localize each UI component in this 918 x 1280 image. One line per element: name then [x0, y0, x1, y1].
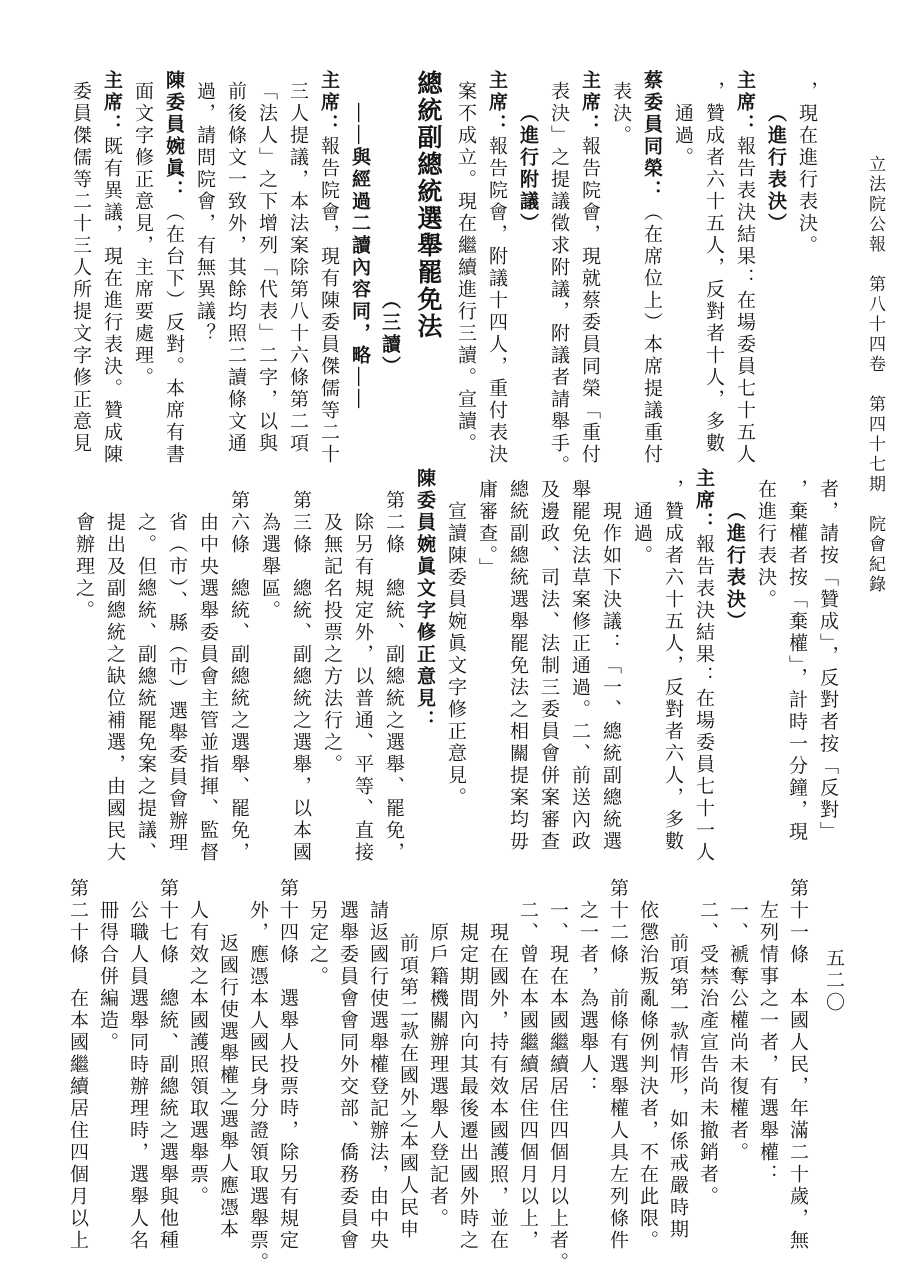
column-text: 表決。: [610, 81, 631, 147]
text-column: 委員傑儒等二十三人所提文字修正意見: [65, 70, 96, 472]
text-column: 主席：既有異議，現在進行表決。贊成陳: [96, 70, 127, 472]
column-text: 三人提議，本法案除第八十六條第二項: [287, 81, 308, 455]
column-text: 二、受禁治產宣告尚未撤銷者。: [697, 900, 718, 1208]
text-column: 通過。: [667, 70, 698, 472]
column-text: ，贊成者六十五人，反對者十人，多數: [703, 81, 724, 455]
text-column: 第二十條 在本國繼續居住四個月以上: [62, 878, 92, 1280]
speaker-name: 主席：: [579, 70, 600, 136]
text-column: 總統副總統選舉罷免法之相關提案均毋: [502, 468, 533, 872]
text-column: 第三條 總統、副總統之選舉，以本國: [285, 468, 316, 872]
column-text: 規定期間內向其最後遷出國外時之: [457, 922, 478, 1252]
text-column: 第六條 總統、副總統之選舉、罷免，: [223, 468, 254, 872]
column-text: 現作如下決議：「一、總統副總統選: [600, 501, 621, 853]
text-column: 外，應憑本人國民身分證領取選舉票。: [242, 878, 272, 1280]
column-text: （進行附議）: [517, 103, 538, 235]
text-column: ，贊成者六十五人，反對者十人，多數: [698, 70, 729, 472]
column-text: 報告表決結果：在場委員七十一人: [693, 534, 714, 864]
text-column: ，棄權者按「棄權」，計時一分鐘，現: [781, 468, 812, 872]
column-text: 左列情事之一者，有選舉權：: [757, 900, 778, 1186]
column-text: 者，請按「贊成」，反對者按「反對」: [817, 479, 838, 844]
column-text: 第十二條 前條有選舉權人具左列條件: [607, 878, 628, 1252]
text-column: 主席：報告院會，現有陳委員傑儒等二十: [313, 70, 344, 472]
column-text: 公職人員選舉同時辦理時，選舉人名: [127, 900, 148, 1252]
column-text: 既有異議，現在進行表決。贊成陳: [101, 136, 122, 466]
column-text: 省（市）、縣（市）選舉委員會辦理: [166, 512, 187, 855]
column-text: 冊得合併編造。: [97, 900, 118, 1054]
text-column: 總統副總統選舉罷免法: [404, 70, 450, 472]
column-text: 第二十條 在本國繼續居住四個月以上: [67, 878, 88, 1252]
column-text: 一、現在本國繼續居住四個月以上者。: [547, 900, 568, 1274]
text-band-middle: 者，請按「贊成」，反對者按「反對」，棄權者按「棄權」，計時一分鐘，現在進行表決。…: [68, 468, 843, 872]
text-column: 由中央選舉委員會主管並指揮、監督: [192, 468, 223, 872]
text-column: 陳委員婉眞文字修正意見：: [409, 468, 440, 872]
text-band-bottom: 第十一條 本國人民，年滿二十歲，無左列情事之一者，有選舉權：一、褫奪公權尚未復權…: [62, 878, 812, 1280]
speaker-name: 主席：: [318, 70, 339, 136]
column-text: 一、褫奪公權尚未復權者。: [727, 900, 748, 1164]
text-column: 第十四條 選舉人投票時，除另有規定: [272, 878, 302, 1280]
text-column: 過，請問院會，有無異議？: [189, 70, 220, 472]
text-band-top: ，現在進行表決。（進行表決）主席：報告表決結果：在場委員七十五人，贊成者六十五人…: [65, 70, 822, 472]
text-column: 及無記名投票之方法行之。: [316, 468, 347, 872]
text-column: （進行附議）: [512, 70, 543, 472]
column-text: 前項第二款在國外之本國人民申: [397, 933, 418, 1241]
text-column: 原戶籍機關辦理選舉人登記者。: [422, 878, 452, 1280]
text-column: （三讀）: [374, 70, 404, 472]
column-text: 報告院會，現有陳委員傑儒等二十: [318, 136, 339, 466]
column-text: ，現在進行表決。: [796, 81, 817, 257]
text-column: 陳委員婉眞：（在台下）反對。本席有書: [158, 70, 189, 472]
column-text: ，贊成者六十五人，反對者六人，多數: [662, 479, 683, 853]
text-column: 公職人員選舉同時辦理時，選舉人名: [122, 878, 152, 1280]
column-text: 為選舉區。: [259, 512, 280, 622]
column-text: （三讀）: [379, 290, 400, 378]
speaker-name: 主席：: [486, 70, 507, 136]
text-column: 二、曾在本國繼續居住四個月以上，: [512, 878, 542, 1280]
text-column: 人有效之本國護照領取選舉票。: [182, 878, 212, 1280]
column-text: 委員傑儒等二十三人所提文字修正意見: [70, 81, 91, 455]
text-column: 請返國行使選舉權登記辦法，由中央: [362, 878, 392, 1280]
text-column: 左列情事之一者，有選舉權：: [752, 878, 782, 1280]
column-text: 人有效之本國護照領取選舉票。: [187, 900, 208, 1208]
text-column: 選舉委員會會同外交部、僑務委員會: [332, 878, 362, 1280]
speaker-name: 主席：: [693, 468, 714, 534]
text-column: 三人提議，本法案除第八十六條第二項: [282, 70, 313, 472]
column-text: ——與經過二讀內容同，略——: [349, 103, 370, 411]
text-column: 冊得合併編造。: [92, 878, 122, 1280]
gazette-page: 立法院公報 第八十四卷 第四十七期 院會紀錄 五二〇 ，現在進行表決。（進行表決…: [0, 0, 918, 1280]
column-text: （在席位上）本席提議重付: [641, 202, 662, 466]
text-column: 面文字修正意見，主席要處理。: [127, 70, 158, 472]
column-text: 請返國行使選舉權登記辦法，由中央: [367, 900, 388, 1252]
text-column: 一、褫奪公權尚未復權者。: [722, 878, 752, 1280]
running-header: 立法院公報 第八十四卷 第四十七期 院會紀錄: [863, 155, 888, 595]
text-column: 在進行表決。: [750, 468, 781, 872]
column-text: 另定之。: [307, 900, 328, 988]
text-column: 規定期間內向其最後遷出國外時之: [452, 878, 482, 1280]
column-text: 外，應憑本人國民身分證領取選舉票。: [247, 900, 268, 1274]
column-text: （進行表決）: [724, 501, 745, 633]
column-text: 選舉委員會會同外交部、僑務委員會: [337, 900, 358, 1252]
speaker-name: 蔡委員同榮：: [641, 70, 662, 202]
column-text: 提出及副總統之缺位補選，由國民大: [104, 512, 125, 864]
text-column: 宣讀陳委員婉眞文字修正意見。: [440, 468, 471, 872]
column-text: 過，請問院會，有無異議？: [194, 81, 215, 345]
text-column: ——與經過二讀內容同，略——: [344, 70, 374, 472]
text-column: 之。但總統、副總統罷免案之提議、: [130, 468, 161, 872]
column-text: 陳委員婉眞文字修正意見：: [414, 468, 435, 732]
text-column: （進行表決）: [719, 468, 750, 872]
text-column: 返國行使選舉權之選舉人應憑本: [212, 878, 242, 1280]
column-text: 總統副總統選舉罷免法: [414, 70, 441, 340]
speaker-name: 陳委員婉眞：: [163, 70, 184, 202]
column-text: 通過。: [672, 103, 693, 169]
text-column: 除另有規定外，以普通、平等、直接: [347, 468, 378, 872]
column-text: 案不成立。現在繼續進行三讀。宣讀。: [455, 81, 476, 455]
text-column: 第十一條 本國人民，年滿二十歲，無: [782, 878, 812, 1280]
text-column: 一、現在本國繼續居住四個月以上者。: [542, 878, 572, 1280]
text-column: 及邊政、司法、法制三委員會併案審查: [533, 468, 564, 872]
text-column: 前後條文一致外，其餘均照二讀條文通: [220, 70, 251, 472]
column-text: 通過。: [631, 501, 652, 567]
column-text: 除另有規定外，以普通、平等、直接: [352, 512, 373, 864]
text-column: 會辦理之。: [68, 468, 99, 872]
column-text: 前後條文一致外，其餘均照二讀條文通: [225, 81, 246, 455]
text-column: 為選舉區。: [254, 468, 285, 872]
speaker-name: 主席：: [734, 70, 755, 136]
text-column: 第十二條 前條有選舉權人具左列條件: [602, 878, 632, 1280]
text-column: （進行表決）: [760, 70, 791, 472]
column-text: 「法人」之下增列「代表」二字，以與: [256, 81, 277, 455]
text-column: 通過。: [626, 468, 657, 872]
column-text: 第六條 總統、副總統之選舉、罷免，: [228, 490, 249, 864]
text-column: 前項第二款在國外之本國人民申: [392, 878, 422, 1280]
text-column: 之一者，為選舉人：: [572, 878, 602, 1280]
text-column: 依懲治叛亂條例判決者，不在此限。: [632, 878, 662, 1280]
text-column: 現在國外，持有效本國護照，並在: [482, 878, 512, 1280]
text-column: ，贊成者六十五人，反對者六人，多數: [657, 468, 688, 872]
text-column: 案不成立。現在繼續進行三讀。宣讀。: [450, 70, 481, 472]
text-column: 主席：報告表決結果：在場委員七十五人: [729, 70, 760, 472]
text-column: 表決。: [605, 70, 636, 472]
column-text: （進行表決）: [765, 103, 786, 235]
text-column: 二、受禁治產宣告尚未撤銷者。: [692, 878, 722, 1280]
column-text: 第十四條 選舉人投票時，除另有規定: [277, 878, 298, 1252]
text-column: 主席：報告表決結果：在場委員七十一人: [688, 468, 719, 872]
column-text: 總統副總統選舉罷免法之相關提案均毋: [507, 479, 528, 853]
text-column: 第二條 總統、副總統之選舉、罷免，: [378, 468, 409, 872]
text-column: 「法人」之下增列「代表」二字，以與: [251, 70, 282, 472]
column-text: 第二條 總統、副總統之選舉、罷免，: [383, 490, 404, 864]
column-text: 返國行使選舉權之選舉人應憑本: [217, 933, 238, 1241]
column-text: 二、曾在本國繼續居住四個月以上，: [517, 900, 538, 1252]
text-column: 另定之。: [302, 878, 332, 1280]
text-column: 第十七條 總統、副總統之選舉與他種: [152, 878, 182, 1280]
column-text: 在進行表決。: [755, 479, 776, 611]
column-text: 之一者，為選舉人：: [577, 900, 598, 1098]
column-text: 由中央選舉委員會主管並指揮、監督: [197, 512, 218, 864]
column-text: 現在國外，持有效本國護照，並在: [487, 922, 508, 1252]
column-text: 之。但總統、副總統罷免案之提議、: [135, 512, 156, 864]
column-text: 報告院會，現就蔡委員同榮「重付: [579, 136, 600, 466]
column-text: 舉罷免法草案修正通過。二、前送內政: [569, 479, 590, 853]
text-column: 省（市）、縣（市）選舉委員會辦理: [161, 468, 192, 872]
text-column: 表決」之提議徵求附議，附議者請舉手。: [543, 70, 574, 472]
column-text: 庸審查。」: [476, 479, 497, 580]
text-column: 現作如下決議：「一、總統副總統選: [595, 468, 626, 872]
column-text: （在台下）反對。本席有書: [163, 202, 184, 466]
page-number: 五二〇: [820, 948, 847, 1014]
column-text: 原戶籍機關辦理選舉人登記者。: [427, 922, 448, 1230]
column-text: 及邊政、司法、法制三委員會併案審查: [538, 479, 559, 853]
column-text: 第三條 總統、副總統之選舉，以本國: [290, 490, 311, 864]
column-text: 前項第一款情形，如係戒嚴時期: [667, 933, 688, 1241]
column-text: 及無記名投票之方法行之。: [321, 512, 342, 776]
column-text: 表決」之提議徵求附議，附議者請舉手。: [548, 81, 569, 477]
text-column: 庸審查。」: [471, 468, 502, 872]
column-text: 報告院會，附議十四人，重付表決: [486, 136, 507, 466]
column-text: 依懲治叛亂條例判決者，不在此限。: [637, 900, 658, 1252]
text-column: 主席：報告院會，附議十四人，重付表決: [481, 70, 512, 472]
text-column: ，現在進行表決。: [791, 70, 822, 472]
column-text: 會辦理之。: [73, 512, 94, 622]
column-text: 第十一條 本國人民，年滿二十歲，無: [787, 878, 808, 1252]
column-text: 面文字修正意見，主席要處理。: [132, 81, 153, 389]
text-column: 舉罷免法草案修正通過。二、前送內政: [564, 468, 595, 872]
text-column: 主席：報告院會，現就蔡委員同榮「重付: [574, 70, 605, 472]
column-text: 宣讀陳委員婉眞文字修正意見。: [445, 501, 466, 809]
column-text: 第十七條 總統、副總統之選舉與他種: [157, 878, 178, 1252]
speaker-name: 主席：: [101, 70, 122, 136]
column-text: 報告表決結果：在場委員七十五人: [734, 136, 755, 466]
text-column: 前項第一款情形，如係戒嚴時期: [662, 878, 692, 1280]
text-column: 蔡委員同榮：（在席位上）本席提議重付: [636, 70, 667, 472]
text-column: 者，請按「贊成」，反對者按「反對」: [812, 468, 843, 872]
column-text: ，棄權者按「棄權」，計時一分鐘，現: [786, 479, 807, 844]
text-column: 提出及副總統之缺位補選，由國民大: [99, 468, 130, 872]
